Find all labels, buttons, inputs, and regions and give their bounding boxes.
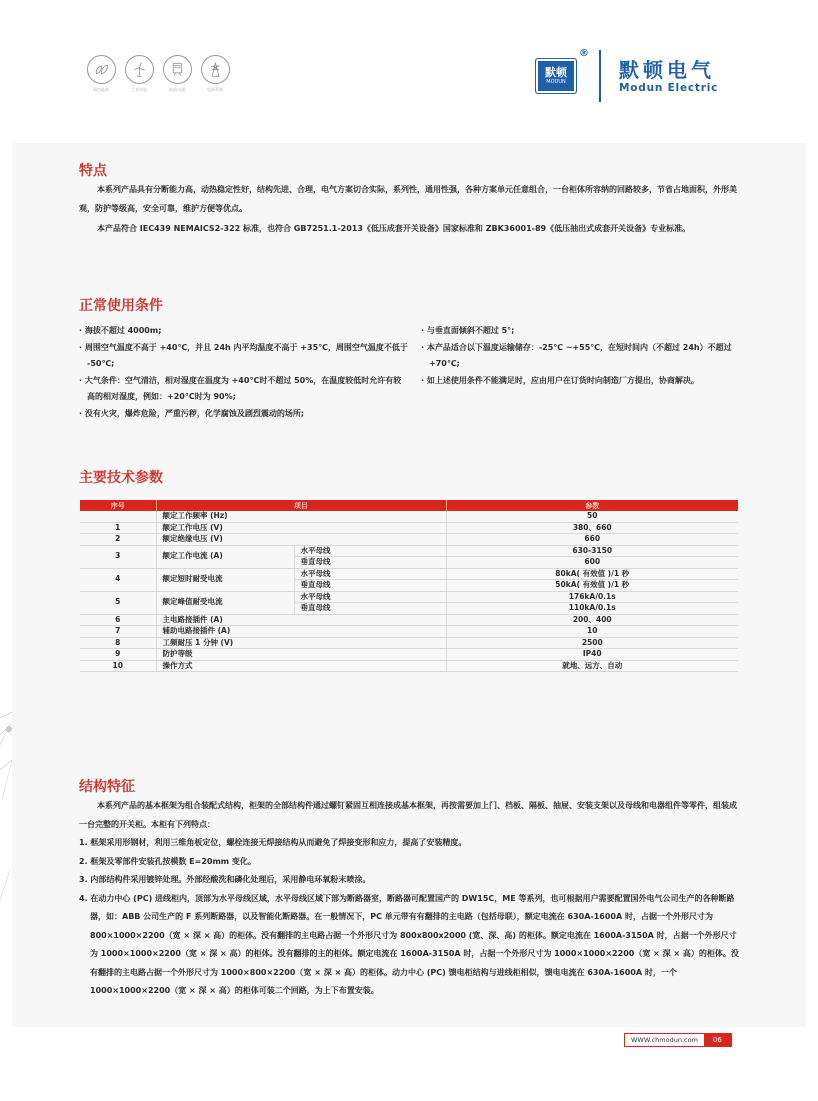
cell-no: 10 bbox=[80, 660, 156, 672]
cell-no: 9 bbox=[80, 649, 156, 661]
page-header: 绿色能源 工业用电 轨道交通 电网系统 默顿 MODUN ® bbox=[0, 0, 818, 140]
cell-value: 660 bbox=[446, 534, 738, 546]
industry-item-green-energy: 绿色能源 bbox=[86, 55, 116, 93]
table-row: 6 主电路接插件 (A) 200、400 bbox=[80, 614, 738, 626]
table-header-row: 序号 项目 参数 bbox=[80, 500, 738, 511]
cell-item: 额定工作电压 (V) bbox=[156, 522, 446, 534]
logo-divider bbox=[599, 50, 601, 102]
table-row: 7 辅助电路接插件 (A) 10 bbox=[80, 626, 738, 638]
table-row: 5 额定峰值耐受电流 水平母线 176kA/0.1s bbox=[80, 591, 738, 603]
structure-list: 1. 框架采用形钢材，利用三维角板定位，螺栓连接无焊接结构从而避免了焊接变形和应… bbox=[79, 834, 739, 1001]
cell-value: IP40 bbox=[446, 649, 738, 661]
section-title-features: 特点 bbox=[79, 160, 107, 180]
table-row: 8 工频耐压 1 分钟 (V) 2500 bbox=[80, 637, 738, 649]
cell-value: 50 bbox=[446, 511, 738, 522]
cell-no: 6 bbox=[80, 614, 156, 626]
cell-value: 176kA/0.1s bbox=[446, 591, 738, 603]
registered-mark: ® bbox=[579, 48, 589, 59]
column-header-item: 项目 bbox=[156, 500, 446, 511]
table-row: 4 额定短时耐受电流 水平母线 80kA( 有效值 )/1 秒 bbox=[80, 568, 738, 580]
condition-item: · 海拔不超过 4000m; bbox=[79, 323, 409, 340]
page-number: 06 bbox=[704, 1034, 731, 1046]
structure-item: 3. 内部结构件采用镀锌处理。外部经酸洗和磷化处理后，采用静电环氧粉末喷涂。 bbox=[79, 871, 739, 890]
industry-item-industrial: 工业用电 bbox=[124, 55, 154, 93]
industry-label: 轨道交通 bbox=[169, 87, 185, 93]
structure-item: 4. 在动力中心 (PC) 进线柜内，顶部为水平母线区域，水平母线区域下部为断路… bbox=[79, 890, 739, 1001]
cell-sub: 水平母线 bbox=[294, 545, 446, 557]
condition-item: · 大气条件：空气清洁，相对湿度在温度为 +40°C时不超过 50%，在温度较低… bbox=[79, 373, 409, 406]
industry-label: 工业用电 bbox=[131, 87, 147, 93]
logo-text: 默顿电气 Modun Electric bbox=[619, 58, 718, 94]
table-row: 10 操作方式 就地、远方、自动 bbox=[80, 660, 738, 672]
footer-page-tag: WWW.chmodun.com 06 bbox=[624, 1033, 732, 1047]
logo-mark-cn: 默顿 bbox=[545, 67, 567, 79]
logo-mark: 默顿 MODUN bbox=[535, 58, 577, 94]
cell-item: 额定工作电流 (A) bbox=[156, 545, 294, 568]
cell-item: 额定峰值耐受电流 bbox=[156, 591, 294, 614]
logo-mark-en: MODUN bbox=[546, 79, 566, 86]
cell-value: 80kA( 有效值 )/1 秒 bbox=[446, 568, 738, 580]
cell-item: 主电路接插件 (A) bbox=[156, 614, 446, 626]
table-row: 2 额定绝缘电压 (V) 660 bbox=[80, 534, 738, 546]
cell-item: 额定绝缘电压 (V) bbox=[156, 534, 446, 546]
conditions-right-list: · 与垂直面倾斜不超过 5°; · 本产品适合以下温度运输储存：-25℃ ~+5… bbox=[421, 323, 739, 389]
cell-sub: 水平母线 bbox=[294, 591, 446, 603]
cell-sub: 水平母线 bbox=[294, 568, 446, 580]
leaf-icon bbox=[87, 55, 116, 84]
section-title-specs: 主要技术参数 bbox=[79, 467, 163, 487]
industry-label: 绿色能源 bbox=[93, 87, 109, 93]
industry-item-grid: 电网系统 bbox=[200, 55, 230, 93]
section-title-conditions: 正常使用条件 bbox=[79, 295, 163, 315]
cell-value: 110kA/0.1s bbox=[446, 603, 738, 615]
condition-item: · 没有火灾，爆炸危险，严重污秽，化学腐蚀及剧烈震动的场所; bbox=[79, 406, 409, 423]
cell-value: 200、400 bbox=[446, 614, 738, 626]
table-row: 3 额定工作电流 (A) 水平母线 630-3150 bbox=[80, 545, 738, 557]
cell-no: 5 bbox=[80, 591, 156, 614]
cell-item: 额定工作频率 (Hz) bbox=[156, 511, 446, 522]
condition-item: · 如上述使用条件不能满足时，应由用户在订货时向制造厂方提出，协商解决。 bbox=[421, 373, 739, 390]
company-name-en: Modun Electric bbox=[619, 82, 718, 94]
cell-value: 380、660 bbox=[446, 522, 738, 534]
power-tower-icon bbox=[201, 55, 230, 84]
cell-value: 50kA( 有效值 )/1 秒 bbox=[446, 580, 738, 592]
column-header-no: 序号 bbox=[80, 500, 156, 511]
cell-value: 就地、远方、自动 bbox=[446, 660, 738, 672]
cell-no: 4 bbox=[80, 568, 156, 591]
table-row: 9 防护等级 IP40 bbox=[80, 649, 738, 661]
company-logo: 默顿 MODUN ® 默顿电气 Modun Electric bbox=[535, 50, 718, 102]
structure-item: 1. 框架采用形钢材，利用三维角板定位，螺栓连接无焊接结构从而避免了焊接变形和应… bbox=[79, 834, 739, 853]
website-link[interactable]: WWW.chmodun.com bbox=[625, 1034, 704, 1046]
cell-sub: 垂直母线 bbox=[294, 580, 446, 592]
industry-item-rail: 轨道交通 bbox=[162, 55, 192, 93]
industry-label: 电网系统 bbox=[207, 87, 223, 93]
cell-value: 10 bbox=[446, 626, 738, 638]
wind-turbine-icon bbox=[125, 55, 154, 84]
column-header-value: 参数 bbox=[446, 500, 738, 511]
cell-sub: 垂直母线 bbox=[294, 557, 446, 569]
cell-no bbox=[80, 511, 156, 522]
structure-intro: 本系列产品的基本框架为组合装配式结构，柜架的全部结构件通过螺钉紧固互相连接成基本… bbox=[79, 797, 739, 834]
conditions-left-list: · 海拔不超过 4000m; · 周围空气温度不高于 +40℃，并且 24h 内… bbox=[79, 323, 409, 422]
cell-item: 操作方式 bbox=[156, 660, 446, 672]
structure-item: 2. 框架及零部件安装孔按模数 E=20mm 变化。 bbox=[79, 853, 739, 872]
table-row: 额定工作频率 (Hz) 50 bbox=[80, 511, 738, 522]
features-paragraph-2: 本产品符合 IEC439 NEMAICS2-322 标准，也符合 GB7251.… bbox=[79, 219, 739, 238]
cell-sub: 垂直母线 bbox=[294, 603, 446, 615]
cell-no: 8 bbox=[80, 637, 156, 649]
cell-no: 7 bbox=[80, 626, 156, 638]
condition-item: · 周围空气温度不高于 +40℃，并且 24h 内平均温度不高于 +35℃，周围… bbox=[79, 340, 409, 373]
cell-item: 工频耐压 1 分钟 (V) bbox=[156, 637, 446, 649]
train-icon bbox=[163, 55, 192, 84]
cell-value: 630-3150 bbox=[446, 545, 738, 557]
condition-item: · 与垂直面倾斜不超过 5°; bbox=[421, 323, 739, 340]
company-name-cn: 默顿电气 bbox=[619, 58, 718, 82]
section-title-structure: 结构特征 bbox=[79, 776, 135, 796]
cell-no: 3 bbox=[80, 545, 156, 568]
cell-no: 2 bbox=[80, 534, 156, 546]
condition-item: · 本产品适合以下温度运输储存：-25℃ ~+55℃，在短时间内（不超过 24h… bbox=[421, 340, 739, 373]
cell-item: 防护等级 bbox=[156, 649, 446, 661]
cell-no: 1 bbox=[80, 522, 156, 534]
cell-value: 600 bbox=[446, 557, 738, 569]
specs-table: 序号 项目 参数 额定工作频率 (Hz) 50 1 额定工作电压 (V) 380… bbox=[80, 500, 738, 672]
industry-icons: 绿色能源 工业用电 轨道交通 电网系统 bbox=[86, 55, 230, 93]
cell-item: 额定短时耐受电流 bbox=[156, 568, 294, 591]
table-row: 1 额定工作电压 (V) 380、660 bbox=[80, 522, 738, 534]
cell-item: 辅助电路接插件 (A) bbox=[156, 626, 446, 638]
features-paragraph-1: 本系列产品具有分断能力高，动热稳定性好，结构先进、合理，电气方案切合实际，系列性… bbox=[79, 180, 739, 218]
cell-value: 2500 bbox=[446, 637, 738, 649]
